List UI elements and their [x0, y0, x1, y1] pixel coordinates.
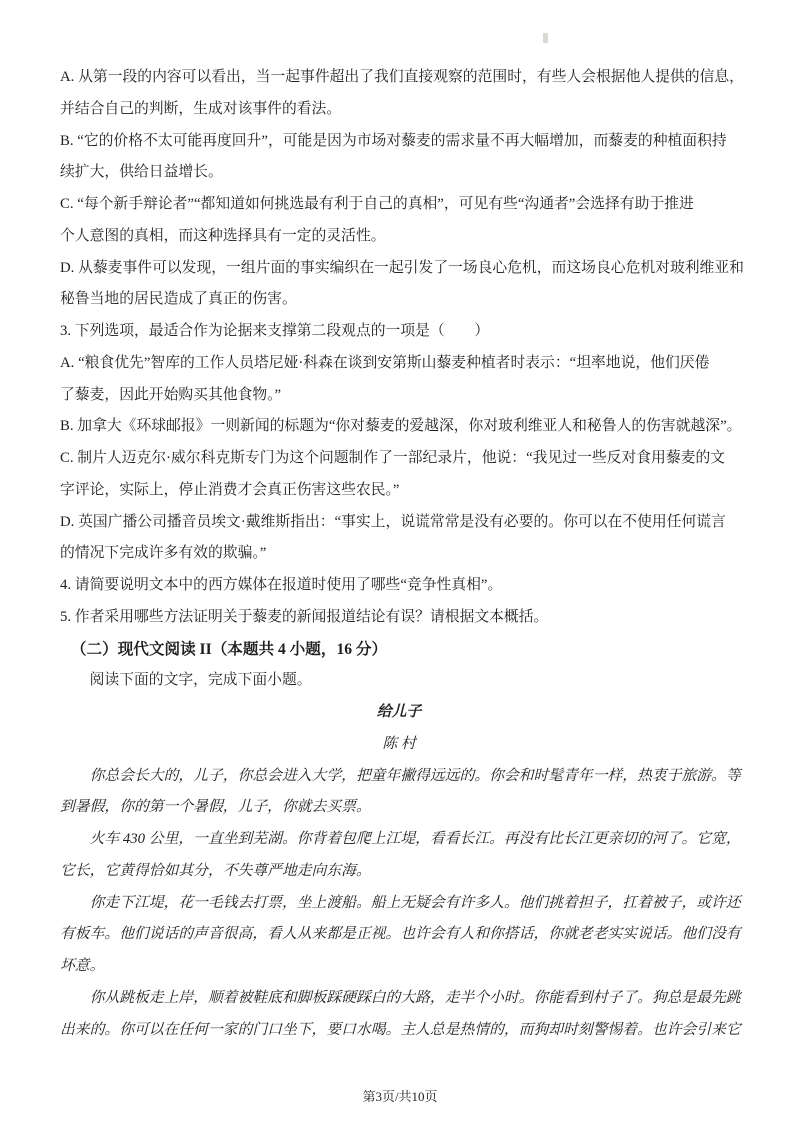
q2-option-d-line-1: D. 从藜麦事件可以发现，一组片面的事实编织在一起引发了一场良心危机，而这场良心… — [60, 253, 738, 285]
q3-option-b-line-1: B. 加拿大《环球邮报》一则新闻的标题为“你对藜麦的爱越深，你对玻利维亚人和秘鲁… — [60, 411, 738, 443]
q2-option-b-line-2: 续扩大，供给日益增长。 — [60, 157, 738, 189]
essay-p1-line-1: 你总会长大的，儿子，你总会进入大学，把童年撇得远远的。你会和时髦青年一样，热衷于… — [60, 761, 738, 793]
essay-p2-line-1: 火车 430 公里，一直坐到芜湖。你背着包爬上江堤，看看长江。再没有比长江更亲切… — [60, 824, 738, 856]
essay-p4-line-2: 出来的。你可以在任何一家的门口坐下，要口水喝。主人总是热情的，而狗却时刻警惕着。… — [60, 1015, 738, 1047]
q3-option-c-line-1: C. 制片人迈克尔·威尔科克斯专门为这个问题制作了一部纪录片，他说：“我见过一些… — [60, 443, 738, 475]
q2-option-b-line-1: B. “它的价格不太可能再度回升”，可能是因为市场对藜麦的需求量不再大幅增加，而… — [60, 126, 738, 158]
q3-option-d-line-1: D. 英国广播公司播音员埃文·戴维斯指出：“事实上，说谎常常是没有必要的。你可以… — [60, 507, 738, 539]
scan-artifact-mark — [543, 33, 548, 43]
exam-page: A. 从第一段的内容可以看出，当一起事件超出了我们直接观察的范围时，有些人会根据… — [0, 0, 800, 1132]
q3-option-c-line-2: 字评论，实际上，停止消费才会真正伤害这些农民。” — [60, 475, 738, 507]
question-5: 5. 作者采用哪些方法证明关于藜麦的新闻报道结论有误？请根据文本概括。 — [60, 602, 738, 634]
essay-author: 陈 村 — [60, 729, 738, 761]
essay-p3-line-2: 有板车。他们说话的声音很高，看人从来都是正视。也许会有人和你搭话，你就老老实实说… — [60, 919, 738, 951]
question-4: 4. 请简要说明文本中的西方媒体在报道时使用了哪些“竞争性真相”。 — [60, 570, 738, 602]
q3-option-d-line-2: 的情况下完成许多有效的欺骗。” — [60, 538, 738, 570]
essay-p2-line-2: 它长，它黄得恰如其分，不失尊严地走向东海。 — [60, 856, 738, 888]
q2-option-a-line-1: A. 从第一段的内容可以看出，当一起事件超出了我们直接观察的范围时，有些人会根据… — [60, 62, 738, 94]
q2-option-d-line-2: 秘鲁当地的居民造成了真正的伤害。 — [60, 284, 738, 316]
essay-title: 给儿子 — [60, 697, 738, 729]
question-3-stem: 3. 下列选项，最适合作为论据来支撑第二段观点的一项是（ ） — [60, 316, 738, 348]
section-heading: （二）现代文阅读 II（本题共 4 小题，16 分） — [60, 634, 738, 666]
essay-p3-line-1: 你走下江堤，花一毛钱去打票，坐上渡船。船上无疑会有许多人。他们挑着担子，扛着被子… — [60, 888, 738, 920]
reading-instruction: 阅读下面的文字，完成下面小题。 — [60, 665, 738, 697]
essay-p3-line-3: 坏意。 — [60, 951, 738, 983]
q2-option-a-line-2: 并结合自己的判断，生成对该事件的看法。 — [60, 94, 738, 126]
essay-p4-line-1: 你从跳板走上岸，顺着被鞋底和脚板踩硬踩白的大路，走半个小时。你能看到村子了。狗总… — [60, 983, 738, 1015]
q3-option-a-line-1: A. “粮食优先”智库的工作人员塔尼娅·科森在谈到安第斯山藜麦种植者时表示：“坦… — [60, 348, 738, 380]
document-body: A. 从第一段的内容可以看出，当一起事件超出了我们直接观察的范围时，有些人会根据… — [60, 62, 738, 1046]
q2-option-c-line-2: 个人意图的真相，而这种选择具有一定的灵活性。 — [60, 221, 738, 253]
q2-option-c-line-1: C. “每个新手辩论者”“都知道如何挑选最有利于自己的真相”，可见有些“沟通者”… — [60, 189, 738, 221]
essay-p1-line-2: 到暑假，你的第一个暑假，儿子，你就去买票。 — [60, 792, 738, 824]
page-footer: 第3页/共10页 — [0, 1086, 800, 1105]
q3-option-a-line-2: 了藜麦，因此开始购买其他食物。” — [60, 380, 738, 412]
